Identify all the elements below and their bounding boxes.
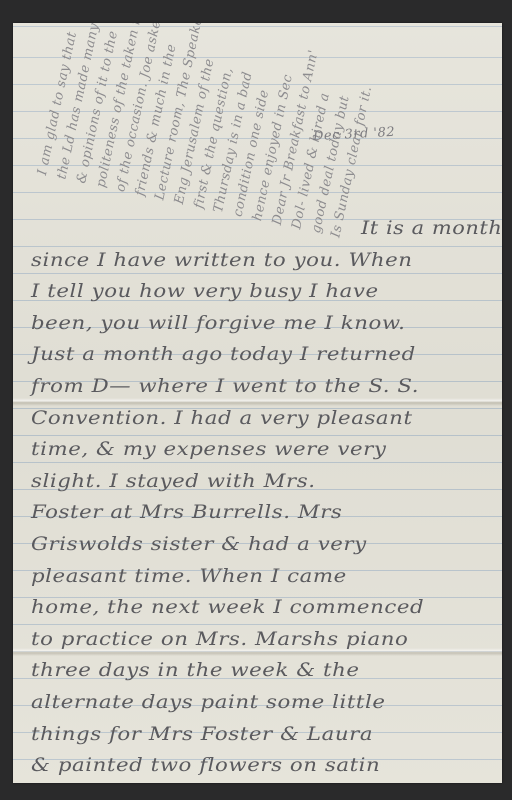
letter-line: been, you will forgive me I know. [31,308,502,340]
letter-line: Griswolds sister & had a very [31,529,502,561]
scanned-letter: I am glad to say that the Ld has made ma… [0,0,512,800]
letter-line: Just a month ago today I returned [31,339,502,371]
letter-line: three days in the week & the [31,655,502,687]
letter-line: from D— where I went to the S. S. [31,371,502,403]
letter-line: alternate days paint some little [31,687,502,719]
letter-line: time, & my expenses were very [31,434,502,466]
letter-line: It is a month [31,213,502,245]
letter-line: to practice on Mrs. Marshs piano [31,624,502,656]
letter-line: since I have written to you. When [31,245,502,277]
letter-line: & painted two flowers on satin [31,750,502,782]
letter-date: Dec 3rd '82 [313,125,396,144]
letter-line: home, the next week I commenced [31,592,502,624]
letter-page: I am glad to say that the Ld has made ma… [13,23,502,783]
letter-line: Foster at Mrs Burrells. Mrs [31,497,502,529]
letter-line: slight. I stayed with Mrs. [31,466,502,498]
letter-line: I tell you how very busy I have [31,276,502,308]
letter-line: pleasant time. When I came [31,561,502,593]
letter-line: things for Mrs Foster & Laura [31,719,502,751]
letter-body: It is a month since I have written to yo… [31,213,501,782]
letter-line: Convention. I had a very pleasant [31,403,502,435]
